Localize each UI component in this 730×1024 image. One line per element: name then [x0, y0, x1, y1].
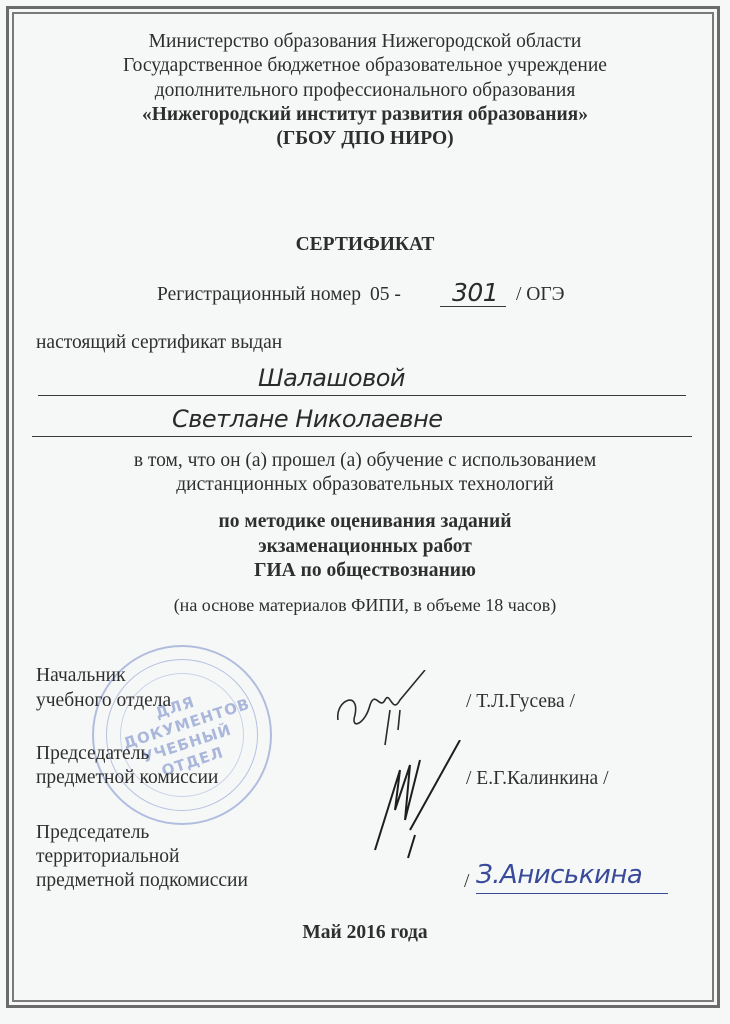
signatory2-name: / Е.Г.Калинкина /	[466, 768, 609, 790]
signatory1-name: / Т.Л.Гусева /	[466, 691, 575, 713]
registration-suffix: / ОГЭ	[516, 284, 565, 306]
signatory1-role-line2: учебного отдела	[36, 690, 171, 712]
registration-number: 301	[452, 278, 498, 307]
signatory3-name-prefix: /	[464, 871, 469, 893]
signature-2-icon	[370, 740, 470, 860]
issue-date: Май 2016 года	[0, 922, 730, 944]
name-underline	[32, 436, 692, 437]
signatory1-role-line1: Начальник	[36, 665, 126, 687]
signatory3-role-line3: предметной подкомиссии	[36, 870, 248, 892]
signatory3-name-underline	[476, 893, 668, 894]
signatory2-role-line2: предметной комиссии	[36, 767, 218, 789]
certificate-title: СЕРТИФИКАТ	[0, 234, 730, 256]
header-institution-name: «Нижегородский институт развития образов…	[0, 104, 730, 126]
signatory3-handwritten-name: З.Аниськина	[476, 860, 642, 890]
body-text-line1: в том, что он (а) прошел (а) обучение с …	[0, 450, 730, 472]
recipient-name: Светлане Николаевне	[172, 405, 443, 433]
header-ministry: Министерство образования Нижегородской о…	[0, 31, 730, 53]
registration-label: Регистрационный номер	[157, 284, 361, 306]
course-note: (на основе материалов ФИПИ, в объеме 18 …	[0, 594, 730, 616]
signatory2-role-line1: Председатель	[36, 743, 149, 765]
course-line2: экзаменационных работ	[0, 536, 730, 558]
header-institution-type: Государственное бюджетное образовательно…	[0, 55, 730, 77]
course-line3: ГИА по обществознанию	[0, 560, 730, 582]
signatory3-role-line1: Председатель	[36, 822, 149, 844]
registration-prefix: 05 -	[370, 284, 401, 306]
header-education-type: дополнительного профессионального образо…	[0, 80, 730, 102]
surname-underline	[38, 395, 686, 396]
recipient-surname: Шалашовой	[258, 364, 405, 392]
signatory3-role-line2: территориальной	[36, 846, 179, 868]
issued-to-label: настоящий сертификат выдан	[36, 332, 282, 354]
signature-1-icon	[330, 670, 430, 750]
course-line1: по методике оценивания заданий	[0, 511, 730, 533]
header-abbreviation: (ГБОУ ДПО НИРО)	[0, 128, 730, 150]
body-text-line2: дистанционных образовательных технологий	[0, 474, 730, 496]
